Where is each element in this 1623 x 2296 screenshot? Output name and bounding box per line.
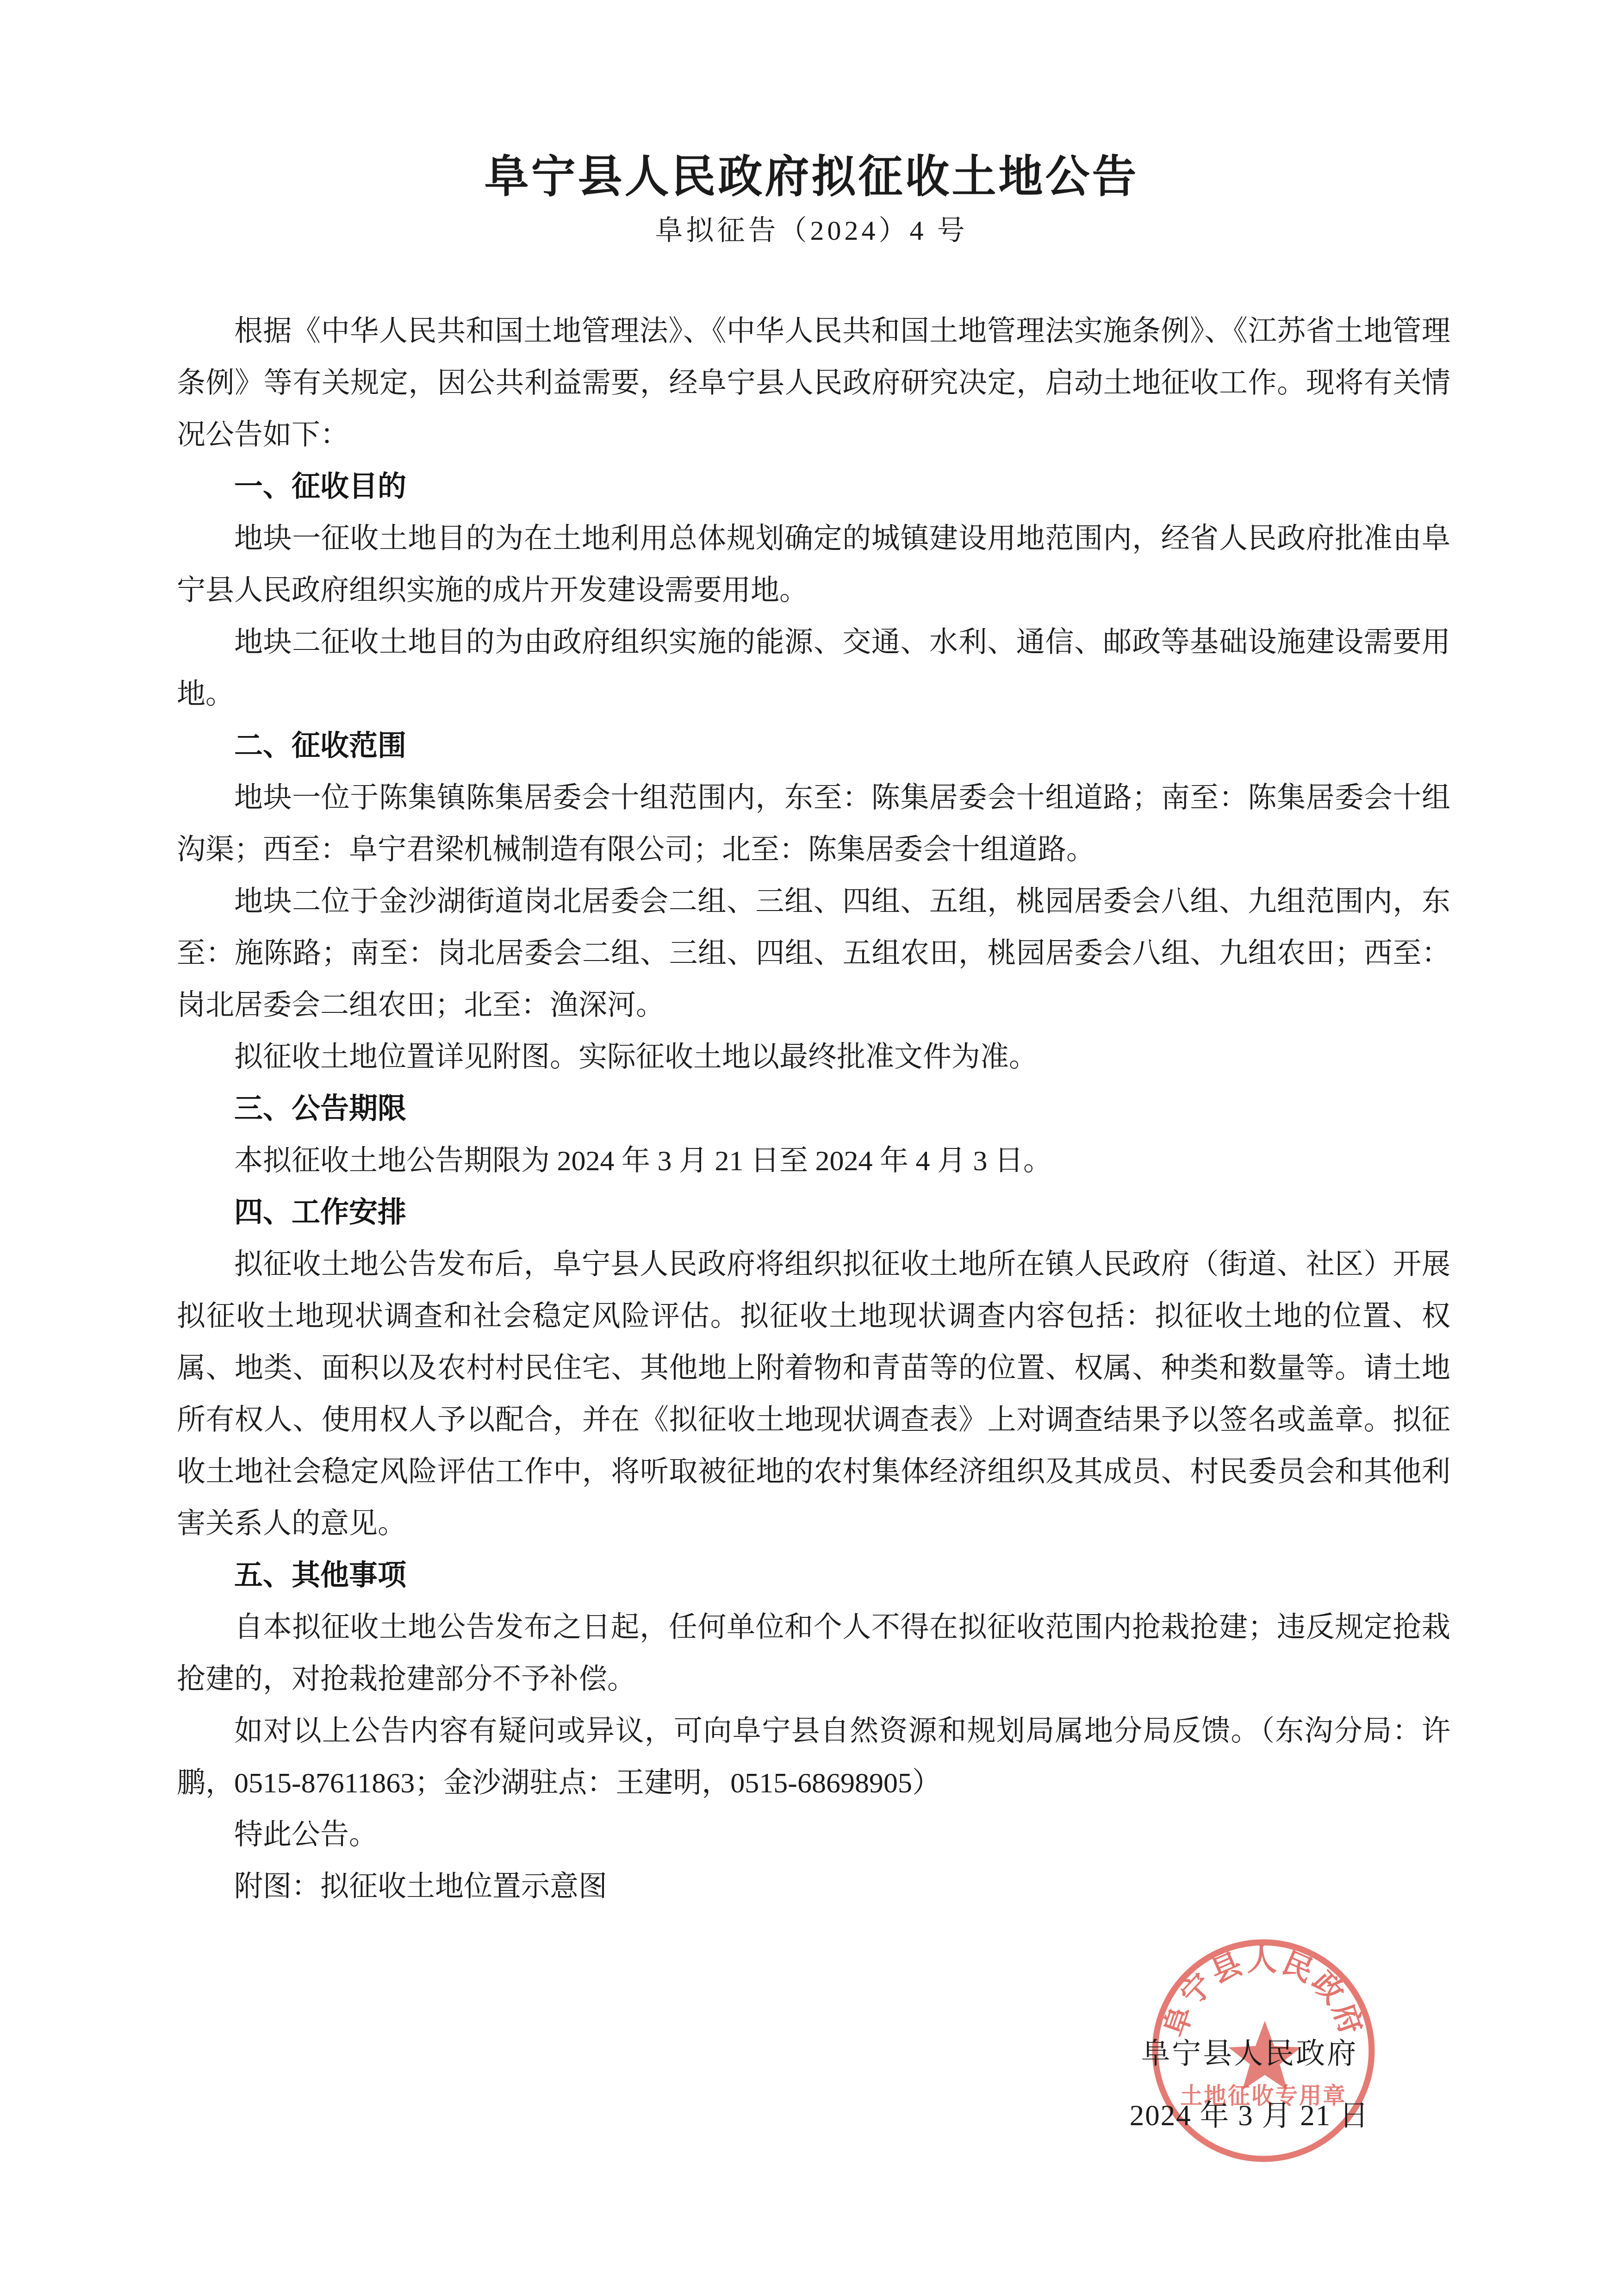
signature-issuer: 阜宁县人民政府 — [1130, 2037, 1369, 2070]
document-number: 阜拟征告（2024）4 号 — [0, 208, 1623, 248]
heading-section-3-period: 三、公告期限 — [177, 1083, 1450, 1135]
paragraph-hereby-announced: 特此公告。 — [177, 1809, 1450, 1861]
heading-section-1-purpose: 一、征收目的 — [177, 461, 1450, 513]
document-title: 阜宁县人民政府拟征收土地公告 — [0, 141, 1623, 205]
paragraph-legal-basis: 根据《中华人民共和国土地管理法》、《中华人民共和国土地管理法实施条例》、《江苏省… — [177, 306, 1450, 461]
signature-block: 阜宁县人民政府 2024 年 3 月 21 日 — [1130, 2037, 1369, 2132]
paragraph-feedback-contact: 如对以上公告内容有疑问或异议，可向阜宁县自然资源和规划局属地分局反馈。（东沟分局… — [177, 1705, 1450, 1809]
paragraph-plot2-boundary: 地块二位于金沙湖街道岗北居委会二组、三组、四组、五组，桃园居委会八组、九组范围内… — [177, 876, 1450, 1031]
attachment-note: 附图：拟征收土地位置示意图 — [177, 1861, 1450, 1913]
paragraph-map-reference: 拟征收土地位置详见附图。实际征收土地以最终批准文件为准。 — [177, 1031, 1450, 1083]
paragraph-plot1-purpose: 地块一征收土地目的为在土地利用总体规划确定的城镇建设用地范围内，经省人民政府批准… — [177, 513, 1450, 617]
document-body: 根据《中华人民共和国土地管理法》、《中华人民共和国土地管理法实施条例》、《江苏省… — [177, 306, 1450, 1913]
paragraph-plot1-boundary: 地块一位于陈集镇陈集居委会十组范围内，东至：陈集居委会十组道路；南至：陈集居委会… — [177, 772, 1450, 876]
signature-date: 2024 年 3 月 21 日 — [1130, 2099, 1369, 2132]
heading-section-5-other: 五、其他事项 — [177, 1550, 1450, 1602]
paragraph-notice-period: 本拟征收土地公告期限为 2024 年 3 月 21 日至 2024 年 4 月 … — [177, 1135, 1450, 1187]
paragraph-no-rush-building: 自本拟征收土地公告发布之日起，任何单位和个人不得在拟征收范围内抢栽抢建；违反规定… — [177, 1602, 1450, 1705]
paragraph-plot2-purpose: 地块二征收土地目的为由政府组织实施的能源、交通、水利、通信、邮政等基础设施建设需… — [177, 617, 1450, 720]
paragraph-work-arrangement: 拟征收土地公告发布后，阜宁县人民政府将组织拟征收土地所在镇人民政府（街道、社区）… — [177, 1239, 1450, 1550]
heading-section-4-work: 四、工作安排 — [177, 1187, 1450, 1239]
document-page: 阜宁县人民政府拟征收土地公告 阜拟征告（2024）4 号 根据《中华人民共和国土… — [0, 0, 1623, 2296]
heading-section-2-scope: 二、征收范围 — [177, 720, 1450, 772]
